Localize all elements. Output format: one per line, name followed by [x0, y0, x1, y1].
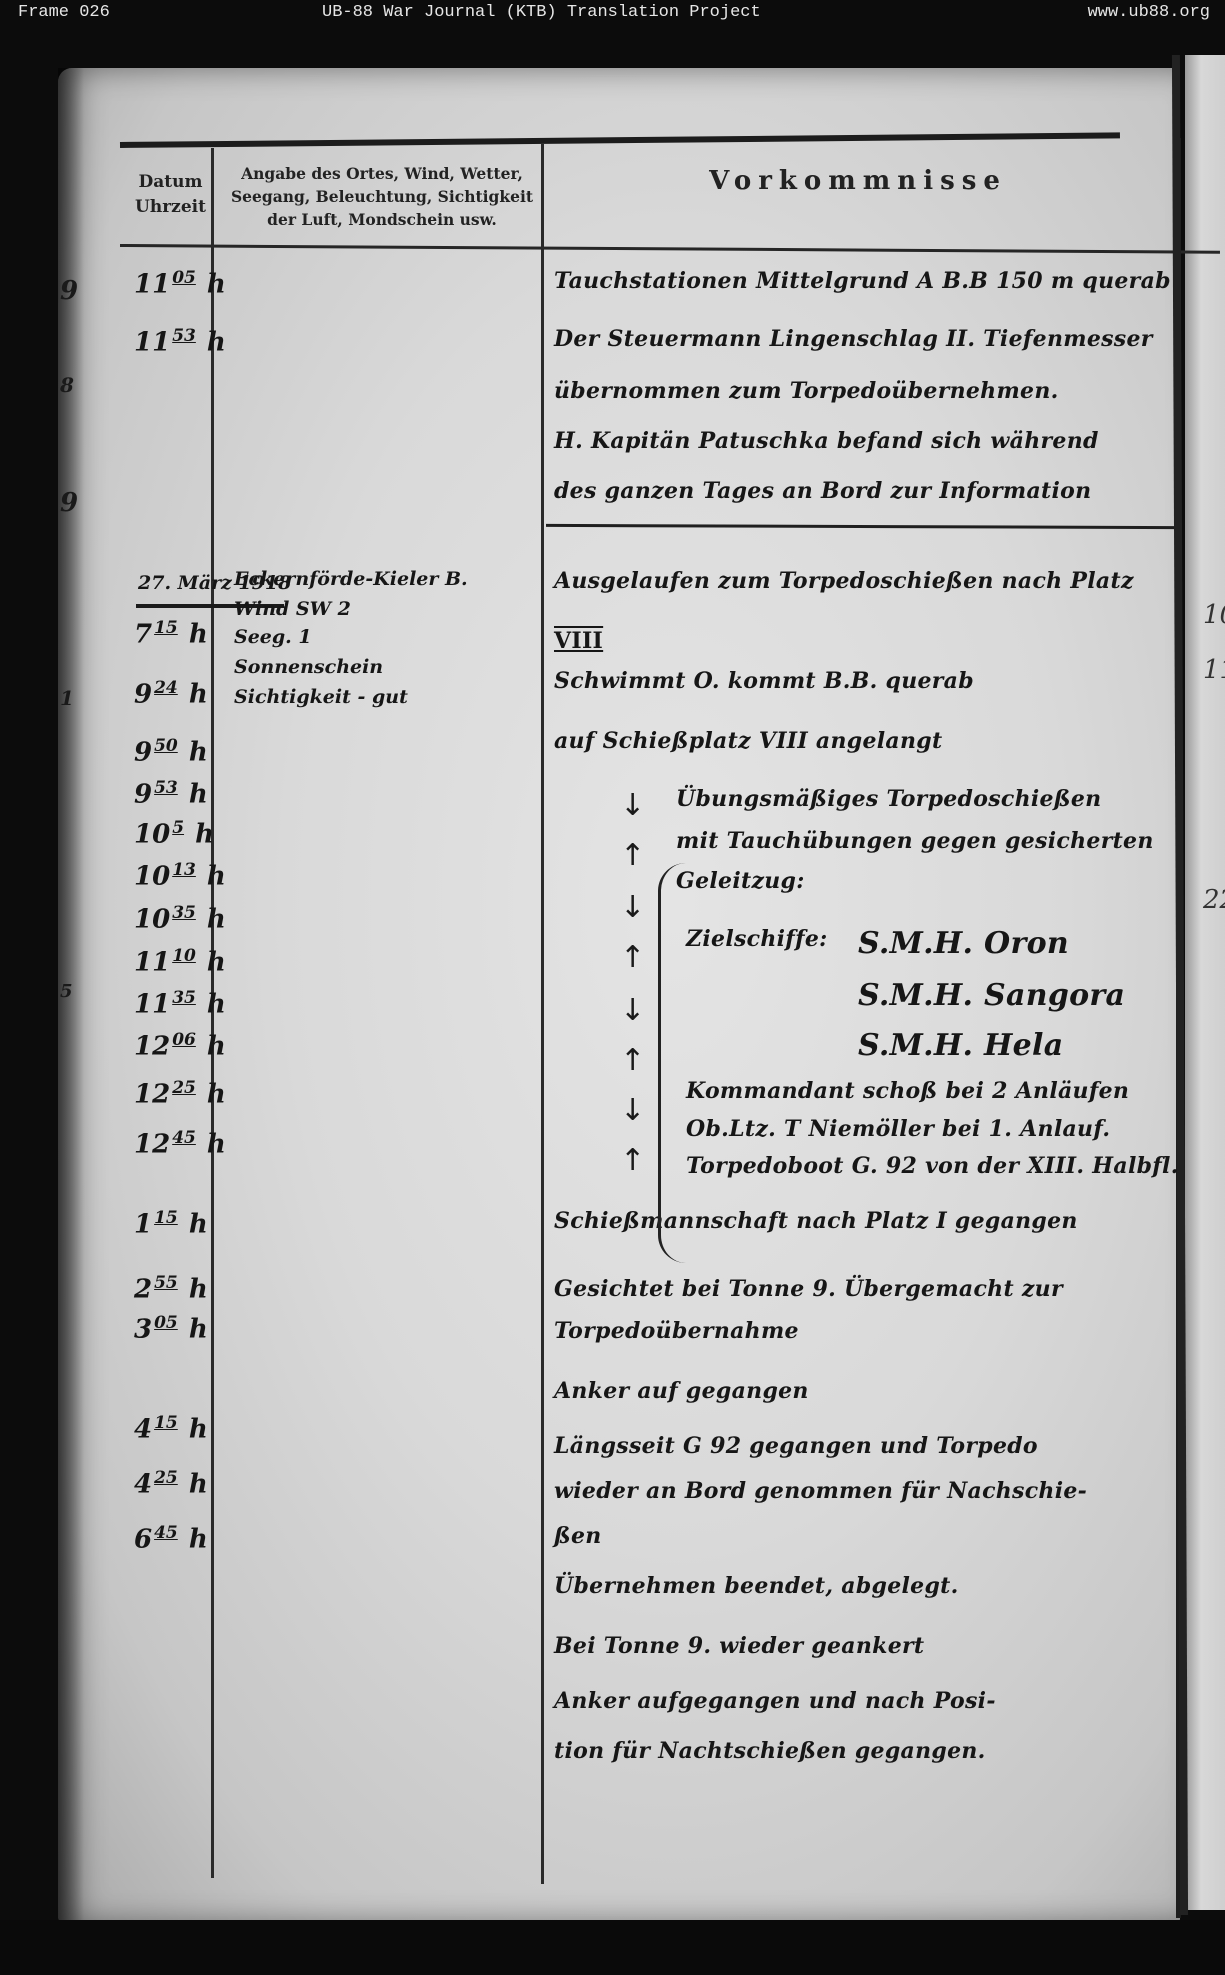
time-entry: 425 h	[134, 1468, 208, 1500]
time-entry: 715 h	[134, 618, 208, 650]
project-url: www.ub88.org	[1088, 3, 1210, 22]
event-line: tion für Nachtschießen gegangen.	[554, 1738, 986, 1764]
column-header-datum: Datum Uhrzeit	[128, 170, 213, 220]
event-line: des ganzen Tages an Bord zur Information	[554, 478, 1091, 504]
column-divider-ort	[541, 144, 544, 1884]
arrow-down-icon: ↓	[620, 890, 645, 925]
event-line: Gesichtet bei Tonne 9. Übergemacht zur	[554, 1276, 1063, 1302]
event-line: Der Steuermann Lingenschlag II. Tiefenme…	[554, 326, 1153, 352]
event-line: Ob.Ltz. T Niemöller bei 1. Anlauf.	[686, 1116, 1110, 1142]
arrow-up-icon: ↑	[620, 1143, 645, 1178]
scan-banner: Frame 026 UB-88 War Journal (KTB) Transl…	[0, 0, 1225, 28]
arrow-up-icon: ↑	[620, 1043, 645, 1078]
event-line: S.M.H. Sangora	[858, 978, 1125, 1013]
adjacent-page-number: 22	[1203, 885, 1225, 915]
adjacent-page-edge: 10 11 22	[1185, 55, 1225, 1910]
adjacent-page-number: 11	[1203, 655, 1225, 685]
margin-mark: 8	[60, 373, 74, 397]
margin-mark: 1	[60, 686, 74, 710]
time-entry: 924 h	[134, 678, 208, 710]
arrow-down-icon: ↓	[620, 788, 645, 823]
time-entry: 1013 h	[134, 860, 226, 892]
time-entry: 1105 h	[134, 268, 226, 300]
journal-page: Datum Uhrzeit Angabe des Ortes, Wind, We…	[58, 68, 1180, 1923]
event-line: wieder an Bord genommen für Nachschie-	[554, 1478, 1087, 1504]
project-title: UB-88 War Journal (KTB) Translation Proj…	[322, 3, 761, 22]
time-entry: 1206 h	[134, 1030, 226, 1062]
time-entry: 415 h	[134, 1413, 208, 1445]
time-entry: 645 h	[134, 1523, 208, 1555]
time-entry: 305 h	[134, 1313, 208, 1345]
event-line: Tauchstationen Mittelgrund A B.B 150 m q…	[554, 268, 1171, 294]
margin-mark: 5	[60, 981, 73, 1002]
event-line: VIII	[554, 628, 603, 654]
grouping-brace	[658, 863, 687, 1263]
frame-number: Frame 026	[18, 3, 110, 22]
event-line: ßen	[554, 1523, 602, 1549]
time-entry: 115 h	[134, 1208, 208, 1240]
scan-bottom-edge	[0, 1920, 1225, 1975]
event-line: S.M.H. Oron	[858, 926, 1069, 961]
event-line: Bei Tonne 9. wieder geankert	[554, 1633, 924, 1659]
event-line: S.M.H. Hela	[858, 1028, 1064, 1063]
event-line: Torpedoübernahme	[554, 1318, 799, 1344]
event-line: übernommen zum Torpedoübernehmen.	[554, 378, 1059, 404]
time-entry: 953 h	[134, 778, 208, 810]
event-line: Übungsmäßiges Torpedoschießen	[676, 786, 1101, 812]
column-header-ort: Angabe des Ortes, Wind, Wetter, Seegang,…	[226, 146, 538, 231]
event-line: Kommandant schoß bei 2 Anläufen	[686, 1078, 1129, 1104]
event-line: Ausgelaufen zum Torpedoschießen nach Pla…	[554, 568, 1134, 594]
sea-state-line: Seeg. 1	[234, 626, 312, 648]
event-line: Schießmannschaft nach Platz I gegangen	[554, 1208, 1078, 1234]
time-entry: 1225 h	[134, 1078, 226, 1110]
time-entry: 1035 h	[134, 903, 226, 935]
time-entry: 255 h	[134, 1273, 208, 1305]
event-line: Anker aufgegangen und nach Posi-	[554, 1688, 996, 1714]
entry-divider	[546, 524, 1176, 529]
event-line: Zielschiffe:	[686, 926, 828, 952]
arrow-down-icon: ↓	[620, 993, 645, 1028]
arrow-up-icon: ↑	[620, 838, 645, 873]
visibility-line: Sichtigkeit - gut	[234, 686, 408, 708]
time-entry: 1110 h	[134, 946, 226, 978]
time-entry: 1245 h	[134, 1128, 226, 1160]
header-bottom-rule	[120, 244, 1220, 254]
event-line: Torpedoboot G. 92 von der XIII. Halbfl.	[686, 1153, 1179, 1179]
arrow-down-icon: ↓	[620, 1093, 645, 1128]
column-header-vorkommnisse: Vorkommnisse	[553, 166, 1163, 196]
event-line: Schwimmt O. kommt B.B. querab	[554, 668, 974, 694]
time-entry: 950 h	[134, 736, 208, 768]
light-line: Sonnenschein	[234, 656, 383, 678]
event-line: auf Schießplatz VIII angelangt	[554, 728, 942, 754]
margin-mark: 9	[60, 276, 78, 306]
event-line: Längsseit G 92 gegangen und Torpedo	[554, 1433, 1038, 1459]
arrow-up-icon: ↑	[620, 940, 645, 975]
event-line: mit Tauchübungen gegen gesicherten	[676, 828, 1154, 854]
wind-line: Wind SW 2	[234, 598, 351, 620]
event-line: Übernehmen beendet, abgelegt.	[554, 1573, 959, 1599]
margin-mark: 9	[60, 488, 78, 518]
adjacent-page-number: 10	[1203, 600, 1225, 630]
time-entry: 1135 h	[134, 988, 226, 1020]
time-entry: 1153 h	[134, 326, 226, 358]
event-line: Geleitzug:	[676, 868, 805, 894]
time-entry: 105 h	[134, 818, 214, 850]
event-line: H. Kapitän Patuschka befand sich während	[554, 428, 1099, 454]
place-line: Eckernförde-Kieler B.	[234, 568, 468, 590]
event-line: Anker auf gegangen	[554, 1378, 809, 1404]
